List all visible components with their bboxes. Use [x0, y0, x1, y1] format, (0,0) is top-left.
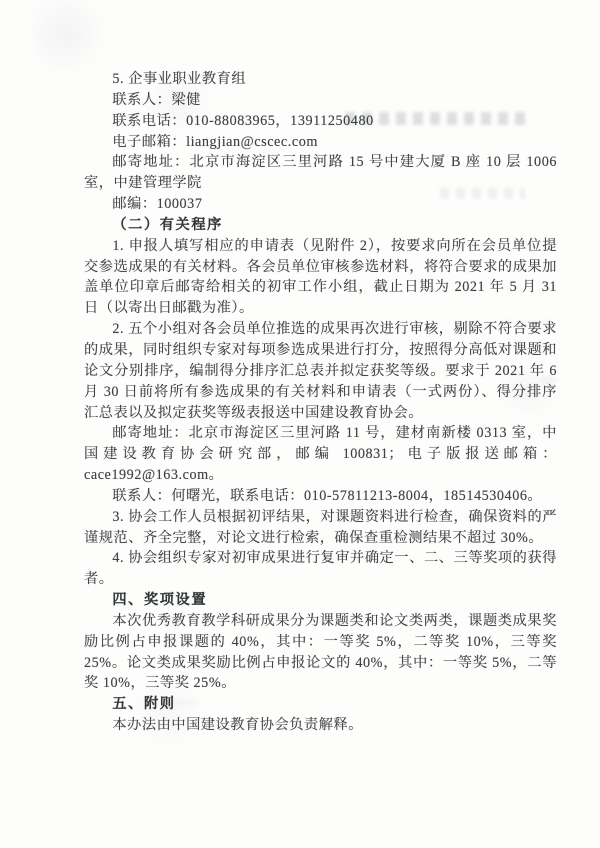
- paragraph: 2. 五个小组对各会员单位推选的成果再次进行审核，剔除不符合要求的成果，同时组织…: [84, 319, 557, 423]
- scanned-page: 5. 企事业职业教育组联系人：梁健联系电话：010-88083965，13911…: [0, 0, 600, 848]
- paragraph: 3. 协会工作人员根据初评结果，对课题资料进行检查，确保资料的严谨规范、齐全完整…: [84, 507, 557, 549]
- paragraph: 5. 企事业职业教育组: [84, 69, 557, 90]
- section-heading: （二）有关程序: [84, 215, 557, 236]
- paragraph: 邮寄地址：北京市海淀区三里河路 11 号，建材南新楼 0313 室，中国建设教育…: [84, 423, 557, 486]
- paragraph: 联系电话：010-88083965，13911250480: [84, 111, 557, 132]
- paragraph: 1. 申报人填写相应的申请表（见附件 2），按要求向所在会员单位提交参选成果的有…: [84, 236, 557, 319]
- paragraph: 电子邮箱：liangjian@cscec.com: [84, 132, 557, 153]
- paragraph: 联系人：何曙光，联系电话：010-57811213-8004，185145304…: [84, 486, 557, 507]
- paragraph: 4. 协会组织专家对初审成果进行复审并确定一、二、三等奖项的获得者。: [84, 548, 557, 590]
- document-body: 5. 企事业职业教育组联系人：梁健联系电话：010-88083965，13911…: [84, 69, 557, 736]
- paragraph: 邮编：100037: [84, 194, 557, 215]
- paragraph: 联系人：梁健: [84, 90, 557, 111]
- paragraph: 邮寄地址：北京市海淀区三里河路 15 号中建大厦 B 座 10 层 1006 室…: [84, 152, 557, 194]
- paragraph: 本办法由中国建设教育协会负责解释。: [84, 715, 557, 736]
- section-heading: 四、奖项设置: [84, 590, 557, 611]
- section-heading: 五、附则: [84, 694, 557, 715]
- paragraph: 本次优秀教育教学科研成果分为课题类和论文类两类，课题类成果奖励比例占申报课题的 …: [84, 611, 557, 694]
